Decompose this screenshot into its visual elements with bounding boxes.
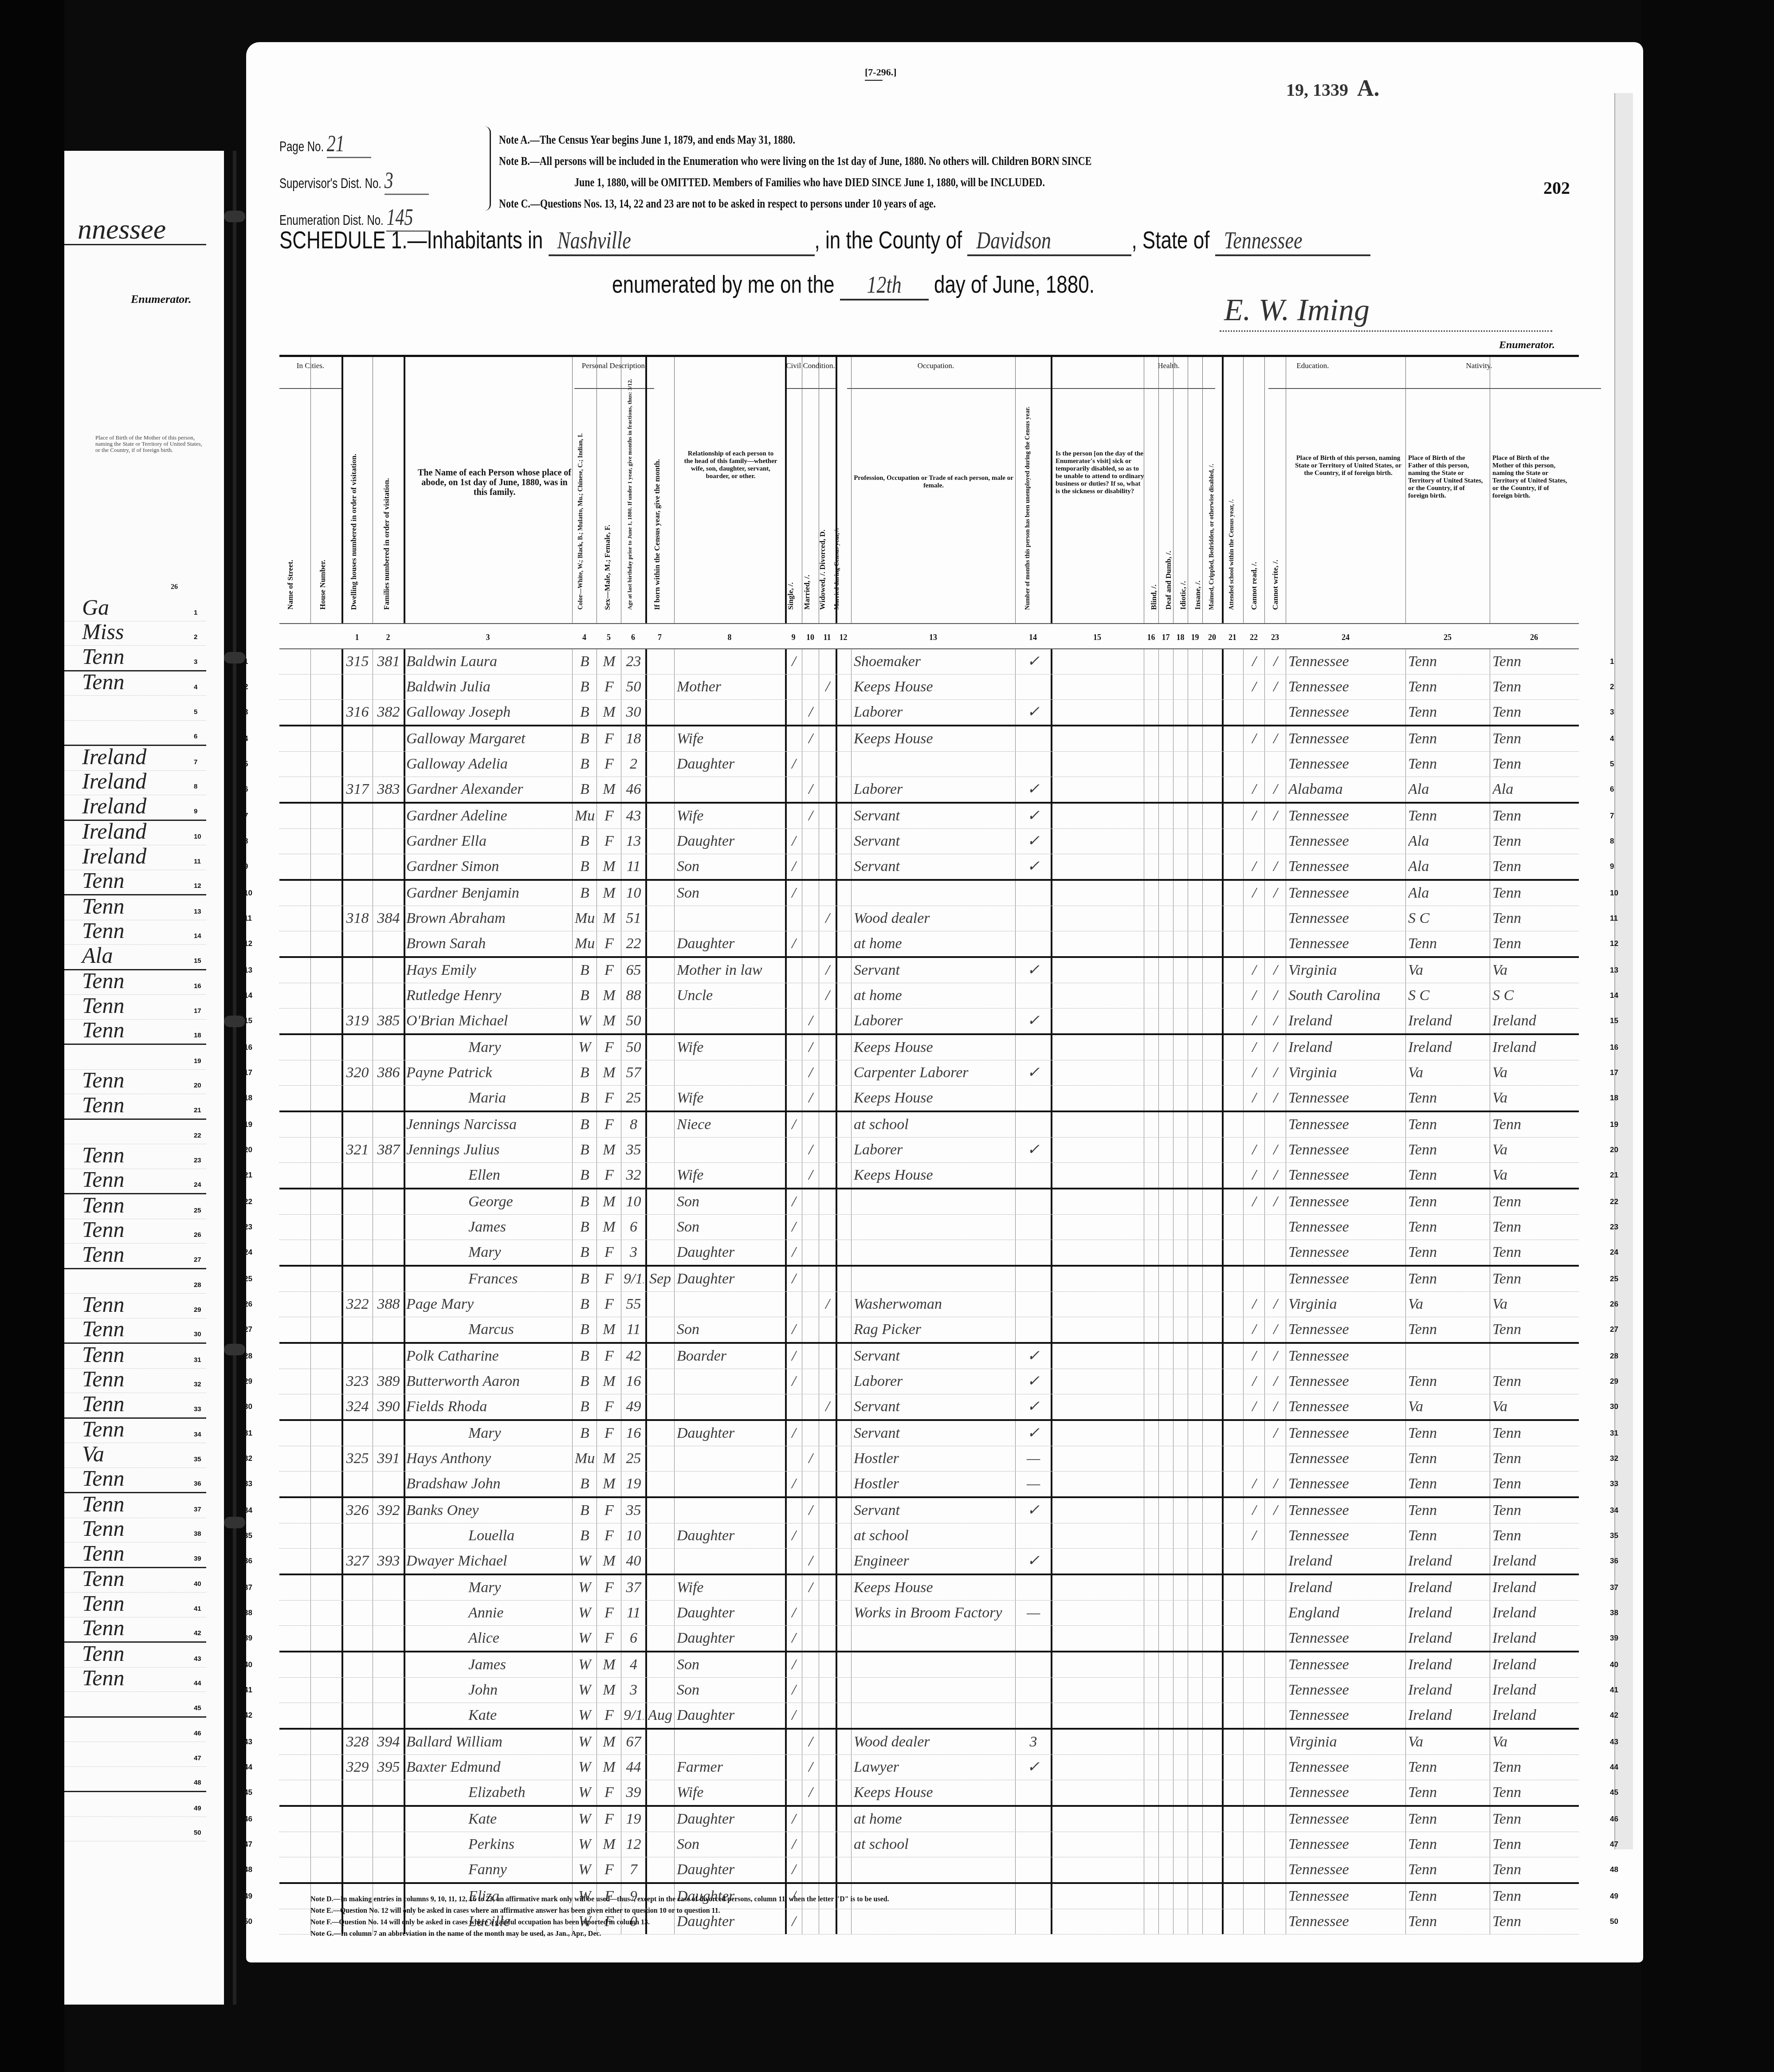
cell-divider — [597, 1523, 597, 1548]
cell-divider — [1144, 649, 1144, 674]
cell-divider — [1243, 1189, 1244, 1214]
cell-divider — [645, 1344, 647, 1369]
cell-divider — [310, 675, 311, 699]
cell-father: Ala — [1408, 777, 1488, 802]
cell-name: Banks Oney — [406, 1498, 570, 1523]
cell-divider — [851, 1780, 852, 1805]
cell-divider — [1202, 1215, 1203, 1240]
cell-divider — [404, 1292, 405, 1317]
cell-divider — [645, 1832, 647, 1857]
cell-divider — [1264, 1807, 1265, 1832]
cell-divider — [1051, 1189, 1052, 1214]
cell-divider — [597, 1703, 597, 1728]
cell-divider — [1051, 1857, 1052, 1882]
line-number-left: 49 — [244, 1884, 252, 1909]
cell-divider — [819, 1523, 819, 1548]
cell-widowed — [821, 1317, 834, 1342]
cell-color: B — [575, 1421, 595, 1446]
cell-family — [375, 1163, 402, 1188]
cell-dwelling — [344, 675, 371, 699]
table-row: MaryBF3Daughter/TennesseeTennTenn2424 — [279, 1240, 1579, 1267]
cell-mother: Tenn — [1492, 1112, 1577, 1137]
cell-divider — [341, 1472, 343, 1496]
cell-divider — [1243, 1909, 1244, 1934]
line-number-left: 27 — [244, 1317, 252, 1342]
cell-family — [375, 1112, 402, 1137]
cell-relation: Wife — [677, 1163, 783, 1188]
cell-divider — [785, 1292, 787, 1317]
cell-occupation — [854, 1267, 1013, 1291]
cell-divider — [802, 1215, 802, 1240]
cell-divider — [621, 1163, 621, 1188]
adjacent-rows: Ga1Miss2Tenn3Tenn456Ireland7Ireland8Irel… — [64, 596, 206, 1841]
cell-divider — [572, 1138, 573, 1162]
cell-divider — [836, 1292, 837, 1317]
cell-divider — [1264, 1317, 1265, 1342]
cell-divider — [1202, 958, 1203, 983]
cell-family — [375, 1807, 402, 1832]
cell-dwelling — [344, 1189, 371, 1214]
cell-cannot-write: / — [1267, 1472, 1284, 1496]
cell-divider — [1158, 1730, 1159, 1754]
line-number: 2 — [1610, 675, 1614, 699]
header-school: Attended school within the Census year, … — [1228, 499, 1236, 610]
cell-divider — [404, 1601, 405, 1625]
cell-divider — [674, 1780, 675, 1805]
cell-divider — [310, 649, 311, 674]
cell-divider — [341, 1421, 343, 1446]
binder-ring-icon — [224, 1344, 245, 1355]
column-number: 10 — [802, 633, 819, 642]
cell-divider — [1051, 1369, 1052, 1394]
cell-divider — [341, 1086, 343, 1111]
cell-divider — [310, 881, 311, 906]
cell-divider — [373, 1344, 373, 1369]
line-number: 17 — [1610, 1060, 1618, 1085]
cell-widowed — [821, 1678, 834, 1703]
adjacent-mother-birthplace: Tenn — [82, 867, 124, 893]
adjacent-row: Tenn30 — [64, 1319, 206, 1344]
cell-age: 39 — [624, 1780, 644, 1805]
cell-divider — [1222, 1575, 1224, 1600]
cell-divider — [819, 854, 819, 879]
cell-divider — [597, 1060, 597, 1085]
cell-divider — [819, 804, 819, 828]
cell-divider — [572, 1394, 573, 1419]
cell-divider — [851, 1730, 852, 1754]
cell-divider — [851, 881, 852, 906]
cell-divider — [836, 1009, 837, 1033]
header-relationship: Relationship of each person to the head … — [683, 450, 778, 480]
cell-divider — [1173, 1394, 1174, 1419]
cell-divider — [572, 931, 573, 956]
cell-name: Galloway Joseph — [406, 700, 570, 725]
cell-divider — [1144, 1857, 1144, 1882]
cell-married — [805, 1292, 817, 1317]
cell-divider — [1222, 1267, 1224, 1291]
cell-divider — [1264, 854, 1265, 879]
cell-divider — [1286, 649, 1286, 674]
cell-divider — [1490, 1369, 1490, 1394]
cell-divider — [1188, 1909, 1188, 1934]
cell-divider — [1051, 1780, 1052, 1805]
cell-birth: Tennessee — [1288, 649, 1404, 674]
cell-divider — [1158, 1446, 1159, 1471]
cell-divider — [404, 854, 405, 879]
cell-relation — [677, 1730, 783, 1754]
cell-sex: M — [599, 1472, 619, 1496]
cell-divider — [1222, 1857, 1224, 1882]
cell-divider — [404, 1498, 405, 1523]
line-number-left: 15 — [244, 1009, 252, 1033]
cell-cannot-read — [1246, 1832, 1263, 1857]
cell-divider — [1051, 958, 1052, 983]
cell-name: Fields Rhoda — [406, 1394, 570, 1419]
table-row: EllenBF32Wife/Keeps House//TennesseeTenn… — [279, 1163, 1579, 1189]
form-number-rule — [865, 80, 883, 81]
cell-divider — [621, 1703, 621, 1728]
cell-divider — [373, 906, 373, 931]
cell-unemployed — [1018, 1626, 1049, 1651]
cell-name: Rutledge Henry — [406, 983, 570, 1008]
cell-mother: Va — [1492, 958, 1577, 983]
cell-divider — [819, 1446, 819, 1471]
cell-name: Mary — [406, 1035, 632, 1060]
cell-divider — [1173, 1446, 1174, 1471]
cell-birth: South Carolina — [1288, 983, 1404, 1008]
cell-divider — [819, 1189, 819, 1214]
cell-divider — [1264, 1472, 1265, 1496]
table-row: Gardner SimonBM11Son/Servant✓//Tennessee… — [279, 854, 1579, 881]
cell-month — [648, 1138, 672, 1162]
adjacent-line-number: 13 — [194, 908, 201, 915]
cell-color: B — [575, 1112, 595, 1137]
cell-married — [805, 829, 817, 854]
cell-cannot-read — [1246, 1240, 1263, 1265]
cell-relation: Daughter — [677, 1240, 783, 1265]
cell-unemployed — [1018, 906, 1049, 931]
cell-month — [648, 1446, 672, 1471]
cell-divider — [1144, 1832, 1144, 1857]
cell-birth: Ireland — [1288, 1009, 1404, 1033]
adjacent-row: Tenn42 — [64, 1617, 206, 1643]
cell-divider — [851, 1394, 852, 1419]
cell-divider — [373, 1446, 373, 1471]
cell-divider — [1243, 1163, 1244, 1188]
cell-divider — [851, 726, 852, 751]
cell-age: 7 — [624, 1857, 644, 1882]
cell-sex: F — [599, 1601, 619, 1625]
cell-divider — [802, 829, 802, 854]
column-divider — [1144, 357, 1144, 623]
cell-cannot-write: / — [1267, 675, 1284, 699]
cell-divider — [572, 1317, 573, 1342]
cell-cannot-read — [1246, 1575, 1263, 1600]
cell-sex: M — [599, 1060, 619, 1085]
cell-divider — [1222, 881, 1224, 906]
cell-divider — [1243, 1575, 1244, 1600]
cell-divider — [1188, 829, 1188, 854]
cell-birth: Tennessee — [1288, 1369, 1404, 1394]
cell-cannot-write: / — [1267, 1060, 1284, 1085]
cell-divider — [674, 1652, 675, 1677]
cell-divider — [674, 675, 675, 699]
cell-divider — [836, 983, 837, 1008]
cell-divider — [674, 881, 675, 906]
cell-divider — [572, 700, 573, 725]
cell-divider — [1405, 1163, 1406, 1188]
cell-divider — [1490, 829, 1490, 854]
cell-divider — [1015, 675, 1016, 699]
cell-father — [1408, 1344, 1488, 1369]
cell-divider — [1405, 1086, 1406, 1111]
cell-divider — [674, 649, 675, 674]
line-number-left: 38 — [244, 1601, 252, 1625]
cell-divider — [1144, 726, 1144, 751]
header-sickness: Is the person [on the day of the Enumera… — [1056, 450, 1144, 495]
cell-age: 50 — [624, 1035, 644, 1060]
column-divider — [1188, 357, 1188, 623]
cell-divider — [572, 1703, 573, 1728]
cell-cannot-write — [1267, 1112, 1284, 1137]
cell-divider — [836, 1215, 837, 1240]
cell-family: 395 — [375, 1755, 402, 1780]
cell-age: 3 — [624, 1240, 644, 1265]
cell-divider — [836, 752, 837, 777]
cell-divider — [310, 700, 311, 725]
cell-divider — [597, 1755, 597, 1780]
cell-color: B — [575, 1267, 595, 1291]
cell-divider — [1051, 1601, 1052, 1625]
cell-divider — [404, 881, 405, 906]
cell-divider — [1015, 1009, 1016, 1033]
cell-divider — [1286, 1652, 1286, 1677]
cell-widowed — [821, 1163, 834, 1188]
cell-divider — [1264, 1086, 1265, 1111]
cell-divider — [572, 1472, 573, 1496]
cell-divider — [1173, 1626, 1174, 1651]
column-divider — [1243, 357, 1244, 623]
cell-divider — [836, 1652, 837, 1677]
cell-divider — [1243, 1832, 1244, 1857]
cell-divider — [1405, 1703, 1406, 1728]
cell-occupation — [854, 1652, 1013, 1677]
cell-divider — [373, 1780, 373, 1805]
cell-divider — [1286, 1009, 1286, 1033]
line-number: 13 — [1610, 958, 1618, 983]
cell-father: Va — [1408, 1292, 1488, 1317]
cell-occupation: at home — [854, 931, 1013, 956]
cell-divider — [1405, 1240, 1406, 1265]
header-street: Name of Street. — [286, 560, 295, 610]
cell-divider — [1144, 854, 1144, 879]
cell-divider — [373, 1523, 373, 1548]
adjacent-mother-birthplace: Tenn — [82, 1515, 124, 1541]
cell-divider — [1222, 1730, 1224, 1754]
cell-divider — [1188, 1884, 1188, 1909]
cell-divider — [1188, 1652, 1188, 1677]
adjacent-line-number: 15 — [194, 957, 201, 965]
cell-divider — [621, 1523, 621, 1548]
cell-divider — [373, 1292, 373, 1317]
cell-divider — [1202, 1832, 1203, 1857]
cell-divider — [621, 854, 621, 879]
cell-divider — [1264, 1421, 1265, 1446]
cell-birth: Tennessee — [1288, 1215, 1404, 1240]
column-number: 12 — [836, 633, 851, 642]
cell-divider — [836, 1703, 837, 1728]
cell-divider — [404, 1652, 405, 1677]
cell-divider — [597, 1215, 597, 1240]
cell-divider — [621, 1755, 621, 1780]
cell-single — [788, 700, 800, 725]
cell-divider — [836, 675, 837, 699]
cell-married: / — [805, 1780, 817, 1805]
cell-divider — [645, 777, 647, 802]
cell-father: Tenn — [1408, 1807, 1488, 1832]
cell-divider — [1015, 1344, 1016, 1369]
cell-divider — [1286, 700, 1286, 725]
cell-divider — [674, 1755, 675, 1780]
cell-occupation: Servant — [854, 1421, 1013, 1446]
adjacent-row: Tenn24 — [64, 1169, 206, 1195]
cell-father: Tenn — [1408, 1138, 1488, 1162]
group-occupation: Occupation. — [847, 361, 1024, 370]
supervisor-label: Supervisor's Dist. No. — [279, 176, 381, 191]
cell-age: 16 — [624, 1369, 644, 1394]
cell-divider — [1490, 1267, 1490, 1291]
column-number: 23 — [1264, 633, 1286, 642]
cell-dwelling — [344, 1267, 371, 1291]
cell-divider — [1144, 1909, 1144, 1934]
column-divider — [674, 357, 675, 623]
cell-unemployed — [1018, 1163, 1049, 1188]
cell-divider — [1286, 881, 1286, 906]
cell-father: Va — [1408, 958, 1488, 983]
cell-divider — [404, 1009, 405, 1033]
cell-sex: M — [599, 906, 619, 931]
adjacent-row: Miss2 — [64, 621, 206, 646]
cell-divider — [1158, 829, 1159, 854]
line-number-left: 32 — [244, 1446, 252, 1471]
cell-divider — [1015, 1292, 1016, 1317]
cell-married: / — [805, 1086, 817, 1111]
adjacent-mother-birthplace: Tenn — [82, 1566, 124, 1591]
adjacent-mother-birthplace: Ireland — [82, 793, 146, 819]
cell-divider — [802, 1163, 802, 1188]
cell-divider — [819, 777, 819, 802]
cell-divider — [1490, 777, 1490, 802]
cell-divider — [785, 958, 787, 983]
cell-color: W — [575, 1703, 595, 1728]
cell-dwelling — [344, 1421, 371, 1446]
cell-divider — [1243, 1344, 1244, 1369]
cell-divider — [1222, 854, 1224, 879]
cell-divider — [1144, 881, 1144, 906]
cell-divider — [1405, 1549, 1406, 1574]
cell-name: Hays Anthony — [406, 1446, 570, 1471]
cell-divider — [1405, 829, 1406, 854]
cell-family — [375, 931, 402, 956]
group-rule — [574, 388, 654, 389]
cell-divider — [645, 1730, 647, 1754]
cell-divider — [572, 1189, 573, 1214]
cell-family — [375, 1421, 402, 1446]
cell-divider — [1264, 700, 1265, 725]
cell-birth: Ireland — [1288, 1035, 1404, 1060]
cell-divider — [819, 1138, 819, 1162]
cell-cannot-write: / — [1267, 1394, 1284, 1419]
cell-widowed — [821, 1035, 834, 1060]
cell-divider — [674, 1060, 675, 1085]
cell-relation: Daughter — [677, 752, 783, 777]
line-number-left: 43 — [244, 1730, 252, 1754]
cell-family — [375, 1601, 402, 1625]
cell-sex: M — [599, 1832, 619, 1857]
cell-divider — [1188, 1189, 1188, 1214]
cell-divider — [597, 777, 597, 802]
cell-divider — [674, 854, 675, 879]
cell-widowed — [821, 1523, 834, 1548]
cell-divider — [597, 1549, 597, 1574]
cell-father: Tenn — [1408, 1086, 1488, 1111]
cell-divider — [621, 931, 621, 956]
cell-occupation: Rag Picker — [854, 1317, 1013, 1342]
cell-divider — [621, 1472, 621, 1496]
line-number-left: 20 — [244, 1138, 252, 1162]
cell-divider — [836, 1601, 837, 1625]
cell-divider — [310, 1523, 311, 1548]
cell-divider — [1243, 906, 1244, 931]
adjacent-line-number: 28 — [194, 1281, 201, 1289]
cell-divider — [1144, 1780, 1144, 1805]
cell-divider — [597, 1317, 597, 1342]
adjacent-mother-birthplace: Ireland — [82, 843, 146, 869]
page-no-value: 21 — [327, 130, 371, 158]
cell-divider — [1144, 1035, 1144, 1060]
line-number-left: 9 — [244, 854, 248, 879]
cell-relation: Mother — [677, 675, 783, 699]
cell-relation — [677, 1369, 783, 1394]
adjacent-line-number: 22 — [194, 1132, 201, 1139]
cell-divider — [1202, 700, 1203, 725]
cell-single — [788, 1755, 800, 1780]
cell-unemployed — [1018, 752, 1049, 777]
cell-divider — [1051, 1344, 1052, 1369]
cell-divider — [1264, 1523, 1265, 1548]
cell-month — [648, 1652, 672, 1677]
cell-sex: F — [599, 931, 619, 956]
cell-single: / — [788, 1523, 800, 1548]
cell-divider — [1490, 1344, 1490, 1369]
column-numbers: 1234567891011121314151617181920212223242… — [279, 624, 1579, 649]
cell-divider — [1158, 1138, 1159, 1162]
cell-cannot-write — [1267, 1240, 1284, 1265]
cell-divider — [597, 1112, 597, 1137]
cell-divider — [1490, 1626, 1490, 1651]
cell-divider — [1051, 752, 1052, 777]
cell-divider — [1202, 649, 1203, 674]
cell-divider — [621, 1780, 621, 1805]
cell-divider — [1202, 1086, 1203, 1111]
cell-divider — [836, 1317, 837, 1342]
line-number: 34 — [1610, 1498, 1618, 1523]
line-number: 48 — [1610, 1857, 1618, 1882]
cell-divider — [341, 1498, 343, 1523]
cell-family — [375, 854, 402, 879]
cell-cannot-read: / — [1246, 958, 1263, 983]
cell-divider — [645, 649, 647, 674]
